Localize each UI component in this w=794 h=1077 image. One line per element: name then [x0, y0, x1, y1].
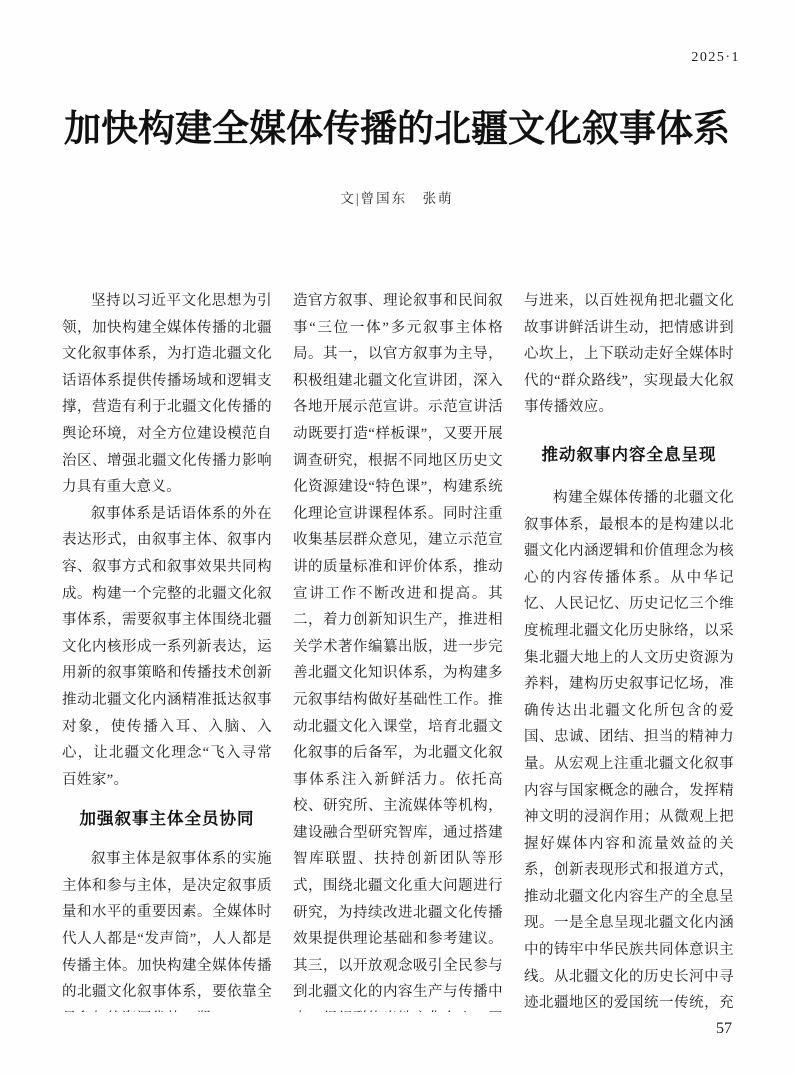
paragraph: 造官方叙事、理论叙事和民间叙事“三位一体”多元叙事主体格局。其一，以官方叙事为主…	[293, 288, 503, 1012]
journal-page: 2025·1 加快构建全媒体传播的北疆文化叙事体系 文|曾国东 张萌 坚持以习近…	[0, 0, 794, 1077]
section-heading-narrative-content: 推动叙事内容全息呈现	[524, 443, 734, 467]
column-2: 造官方叙事、理论叙事和民间叙事“三位一体”多元叙事主体格局。其一，以官方叙事为主…	[293, 288, 503, 1012]
paragraph: 叙事体系是话语体系的外在表达形式，由叙事主体、叙事内容、叙事方式和叙事效果共同构…	[62, 501, 272, 794]
issue-number: 2025·1	[691, 50, 740, 66]
column-1: 坚持以习近平文化思想为引领，加快构建全媒体传播的北疆文化叙事体系，为打造北疆文化…	[62, 288, 272, 1012]
article-byline: 文|曾国东 张萌	[0, 187, 794, 207]
page-number: 57	[716, 1020, 732, 1038]
article-title: 加快构建全媒体传播的北疆文化叙事体系	[0, 103, 794, 155]
paragraph: 叙事主体是叙事体系的实施主体和参与主体，是决定叙事质量和水平的重要因素。全媒体时…	[62, 846, 272, 1012]
article-body: 坚持以习近平文化思想为引领，加快构建全媒体传播的北疆文化叙事体系，为打造北疆文化…	[62, 288, 734, 1012]
paragraph: 坚持以习近平文化思想为引领，加快构建全媒体传播的北疆文化叙事体系，为打造北疆文化…	[62, 288, 272, 501]
column-3: 与进来，以百姓视角把北疆文化故事讲鲜活讲生动，把情感讲到心坎上，上下联动走好全媒…	[524, 288, 734, 1012]
paragraph: 与进来，以百姓视角把北疆文化故事讲鲜活讲生动，把情感讲到心坎上，上下联动走好全媒…	[524, 288, 734, 421]
section-heading-narrative-subjects: 加强叙事主体全员协同	[62, 807, 272, 831]
paragraph: 构建全媒体传播的北疆文化叙事体系，最根本的是构建以北疆文化内涵逻辑和价值理念为核…	[524, 485, 734, 1012]
